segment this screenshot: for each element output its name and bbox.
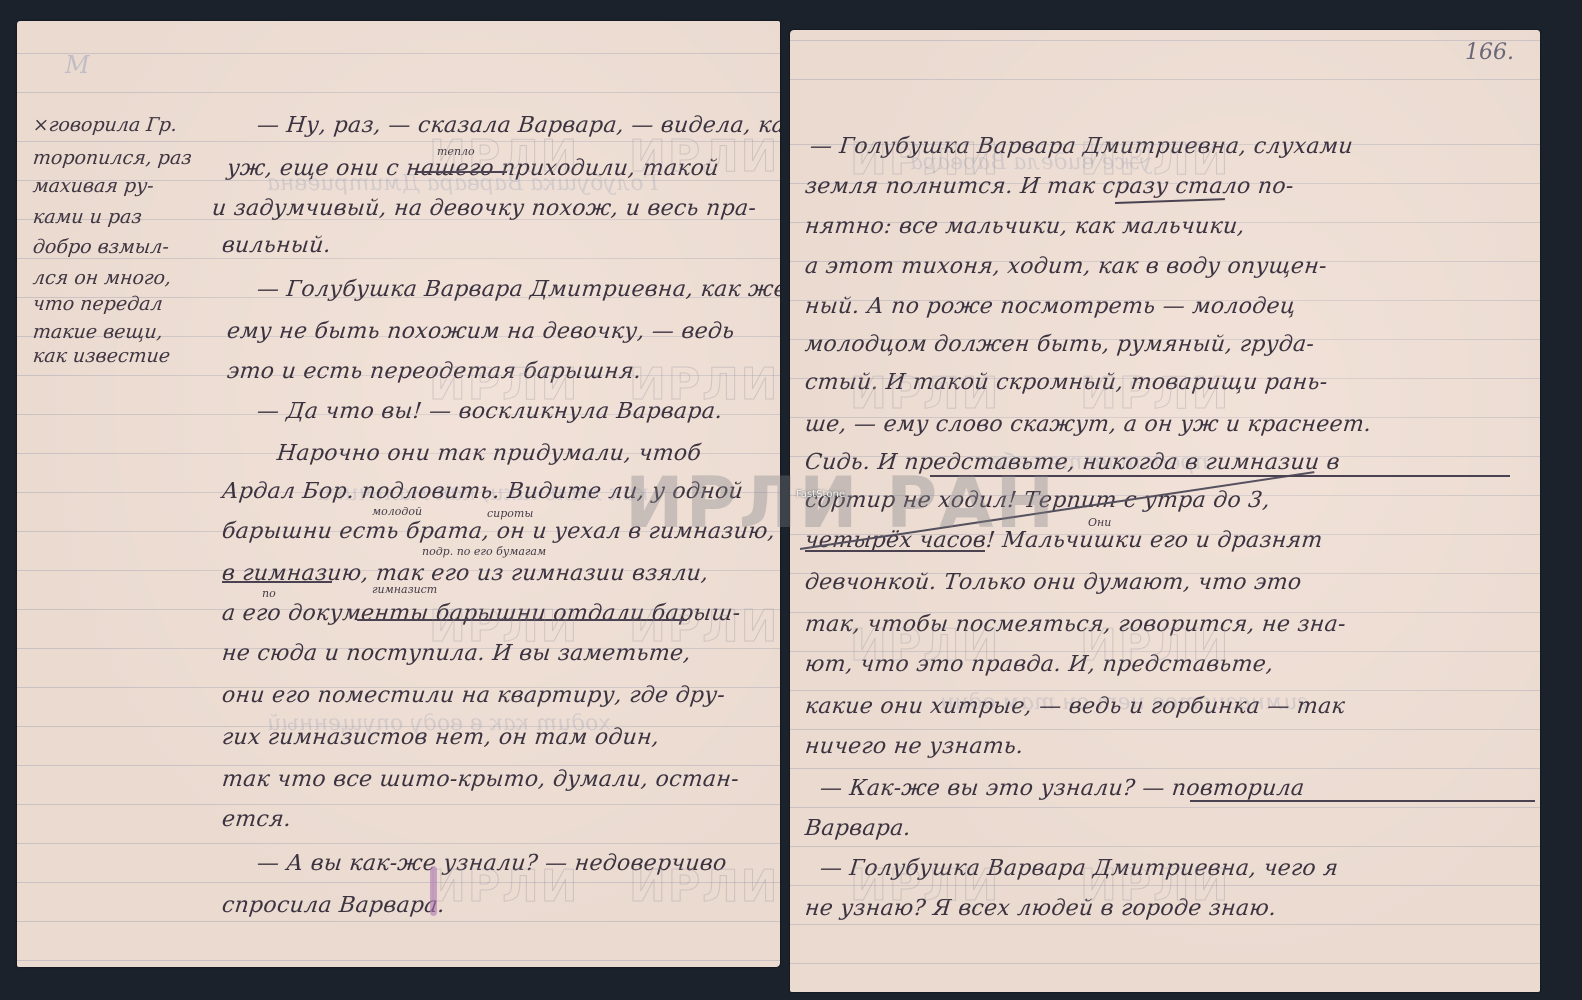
watermark: ИРЛИ [629, 861, 779, 912]
watermark: ИРЛИ [629, 131, 779, 182]
insertion: молодой [372, 505, 422, 518]
text-line: ему не быть похожим на девочку, — ведь [226, 319, 736, 344]
margin-line: торопился, раз [32, 147, 193, 169]
watermark: ИРЛИ [629, 359, 779, 410]
center-watermark: ИРЛИ РАН [625, 462, 1056, 544]
corner-mark: М [65, 51, 90, 79]
watermark: ИРЛИ [429, 359, 579, 410]
margin-line: такие вещи, [32, 321, 164, 343]
text-line: так что все шито-крыто, думали, остан- [221, 767, 741, 792]
insertion: по [262, 587, 276, 600]
watermark: ИРЛИ [850, 620, 1000, 671]
text-line: какие они хитрые, — ведь и горбинка — та… [804, 694, 1347, 719]
margin-line: что передал [32, 293, 164, 315]
text-line: и задумчивый, на девочку похож, и весь п… [211, 196, 758, 221]
strikethrough-mark [222, 581, 332, 583]
watermark: ИРЛИ [429, 861, 579, 912]
margin-line: ками и раз [32, 206, 143, 228]
ink-stain [430, 866, 437, 916]
text-line: ничего не узнать. [804, 734, 1025, 759]
text-line: спросила Варвара. [221, 893, 447, 918]
underline-stroke [1190, 800, 1535, 802]
text-line: гих гимназистов нет, он там один, [221, 725, 661, 750]
text-line: — Как-же вы это узнали? — повторила [819, 776, 1306, 801]
text-line: — Голубушка Варвара Дмитриевна, как же [256, 277, 780, 302]
watermark: ИРЛИ [850, 860, 1000, 911]
margin-line: как известие [32, 345, 171, 367]
watermark: ИРЛИ [850, 134, 1000, 185]
watermark: ИРЛИ [1080, 134, 1230, 185]
text-line: ется. [221, 807, 293, 832]
strikethrough-mark [805, 550, 985, 552]
text-line: нятно: все мальчики, как мальчики, [804, 214, 1246, 239]
text-line: вильный. [221, 233, 333, 258]
insertion: гимназист [372, 583, 437, 596]
text-line: девчонкой. Только они думают, что это [804, 570, 1303, 595]
text-line: они его поместили на квартиру, где дру- [221, 683, 727, 708]
page-number: 166. [1465, 40, 1514, 65]
insertion: подр. по его бумагам [422, 545, 546, 558]
viewer-overlay-label: FastStone [796, 489, 845, 500]
watermark: ИРЛИ [629, 601, 779, 652]
watermark: ИРЛИ [429, 131, 579, 182]
margin-line: лся он много, [32, 267, 172, 289]
watermark: ИРЛИ [850, 368, 1000, 419]
watermark: ИРЛИ [1080, 860, 1230, 911]
underline-stroke [1115, 198, 1225, 204]
margin-line: ×говорила Гр. [32, 114, 178, 136]
text-line: ный. А по роже посмотреть — молодец [804, 294, 1297, 319]
watermark: ИРЛИ [1080, 368, 1230, 419]
margin-line: добро взмыл- [32, 236, 170, 258]
text-line: молодцом должен быть, румяный, груда- [804, 332, 1316, 357]
text-line: а этот тихоня, ходит, как в воду опущен- [804, 254, 1328, 279]
watermark: ИРЛИ [1080, 620, 1230, 671]
margin-line: махивая ру- [32, 175, 155, 197]
watermark: ИРЛИ [429, 601, 579, 652]
text-line: Варвара. [804, 816, 913, 841]
